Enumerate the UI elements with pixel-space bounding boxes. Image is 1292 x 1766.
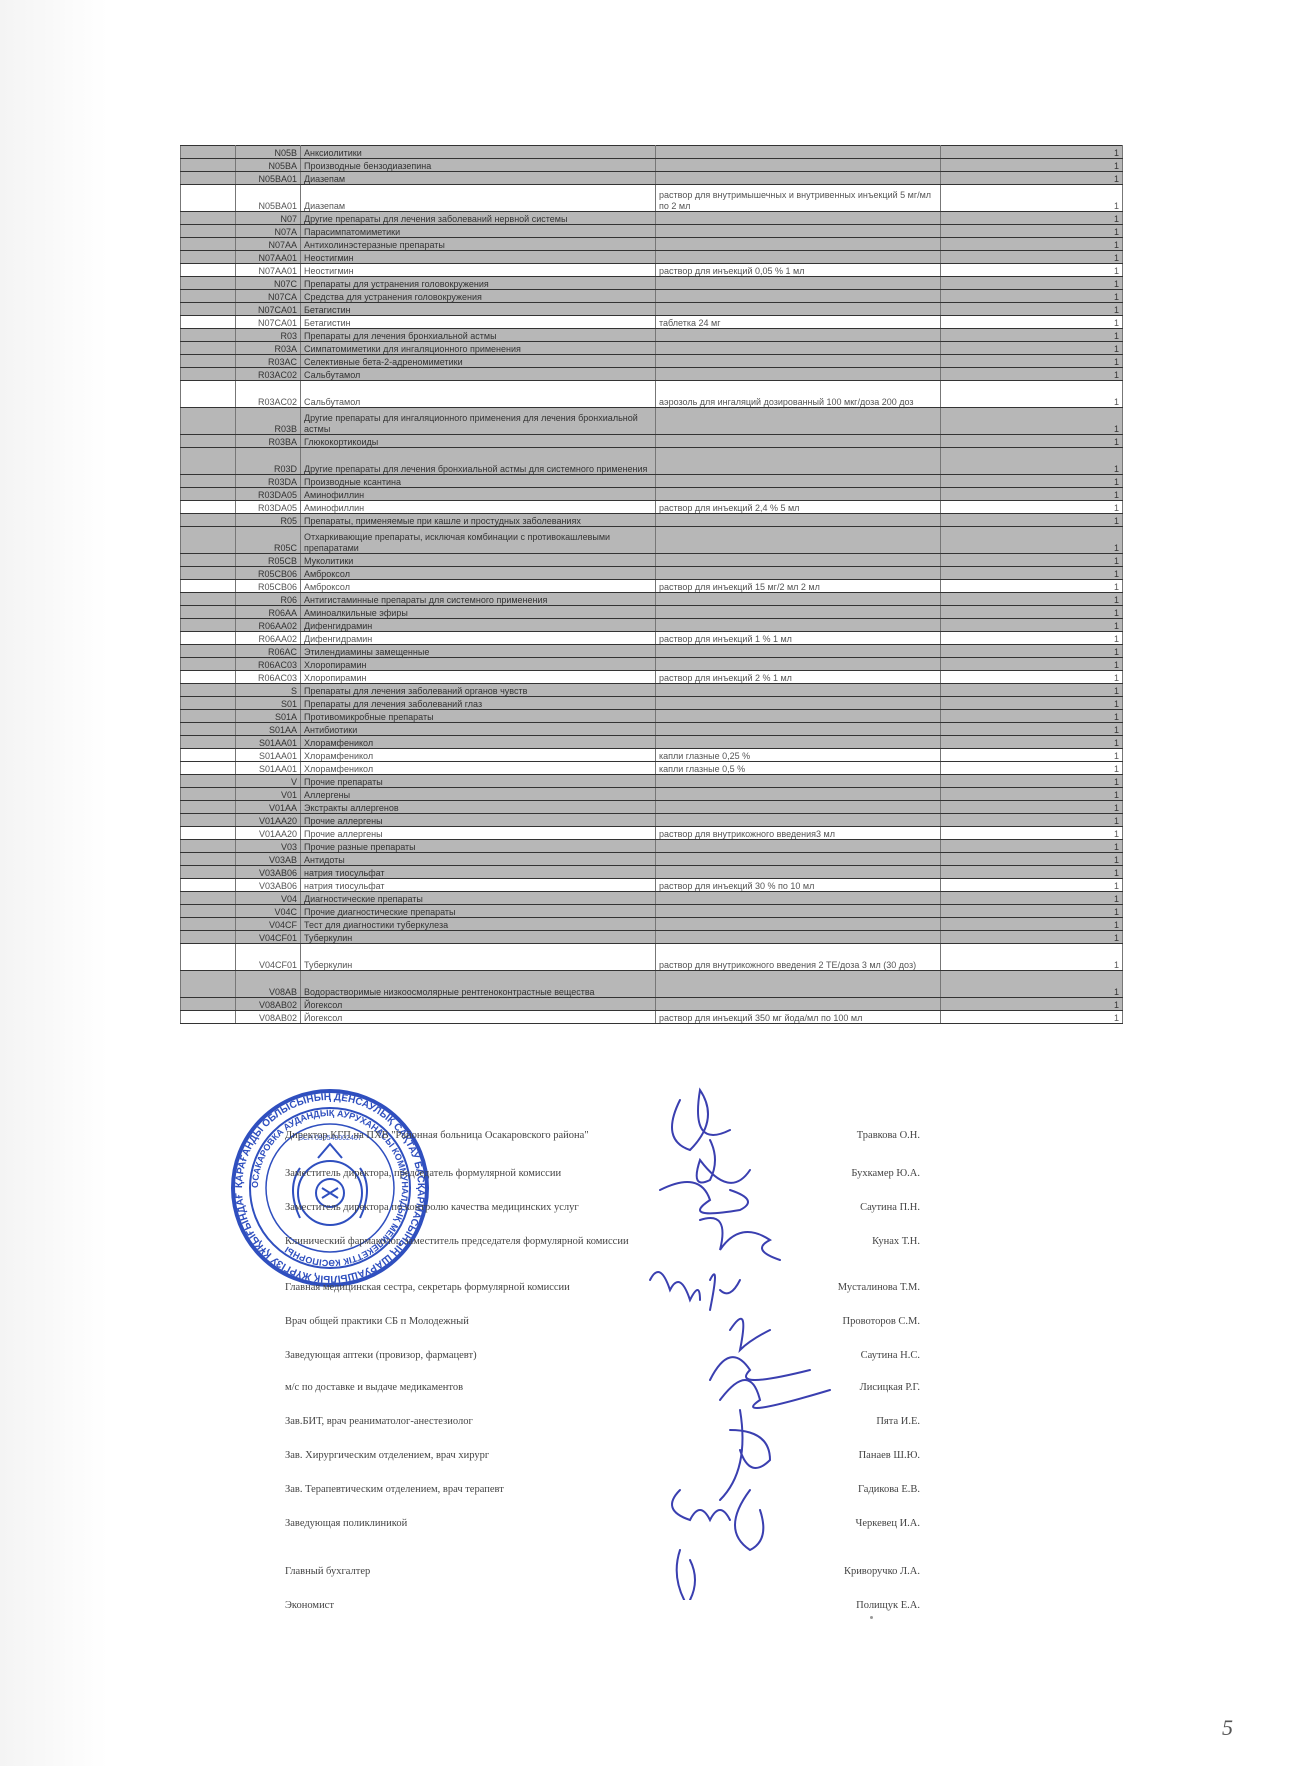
atc-code-cell: R06AA02 — [236, 619, 301, 632]
atc-code-cell: R03A — [236, 342, 301, 355]
row-blank-cell — [181, 697, 236, 710]
dosage-form-cell — [656, 567, 941, 580]
dosage-form-cell — [656, 645, 941, 658]
dosage-form-cell: раствор для внутрикожного введения 2 ТЕ/… — [656, 944, 941, 971]
signatory-position: Зав. Терапевтическим отделением, врач те… — [285, 1484, 504, 1495]
row-blank-cell — [181, 225, 236, 238]
signatory-name: Панаев Ш.Ю. — [859, 1450, 920, 1461]
table-row: N07AПарасимпатомиметики1 — [181, 225, 1123, 238]
drug-name-cell: Селективные бета-2-адреномиметики — [301, 355, 656, 368]
table-row: S01Препараты для лечения заболеваний гла… — [181, 697, 1123, 710]
table-row: N07CAСредства для устранения головокруже… — [181, 290, 1123, 303]
signatory-position: Врач общей практики СБ п Молодежный — [285, 1316, 469, 1327]
atc-code-cell: R06 — [236, 593, 301, 606]
dosage-form-cell — [656, 238, 941, 251]
drug-name-cell: Глюкокортикоиды — [301, 435, 656, 448]
dosage-form-cell — [656, 710, 941, 723]
dosage-form-cell: раствор для внутримышечных и внутривенны… — [656, 185, 941, 212]
drug-name-cell: Аллергены — [301, 788, 656, 801]
dosage-form-cell — [656, 593, 941, 606]
table-row: N07CПрепараты для устранения головокруже… — [181, 277, 1123, 290]
drug-name-cell: Антибиотики — [301, 723, 656, 736]
table-row: N05BАнксиолитики1 — [181, 146, 1123, 159]
row-blank-cell — [181, 342, 236, 355]
dosage-form-cell — [656, 225, 941, 238]
table-row: R05CBМуколитики1 — [181, 554, 1123, 567]
drug-name-cell: Хлоропирамин — [301, 658, 656, 671]
atc-code-cell: V01AA20 — [236, 814, 301, 827]
row-blank-cell — [181, 212, 236, 225]
atc-code-cell: N05BA01 — [236, 172, 301, 185]
signatory-position: Заведующая поликлиникой — [285, 1518, 407, 1529]
table-row: R03ACСелективные бета-2-адреномиметики1 — [181, 355, 1123, 368]
atc-code-cell: S — [236, 684, 301, 697]
row-blank-cell — [181, 159, 236, 172]
table-row: V08AB02Йогексол1 — [181, 998, 1123, 1011]
drug-name-cell: Дифенгидрамин — [301, 632, 656, 645]
quantity-cell: 1 — [941, 342, 1123, 355]
atc-code-cell: V08AB02 — [236, 998, 301, 1011]
atc-code-cell: V04CF01 — [236, 931, 301, 944]
quantity-cell: 1 — [941, 632, 1123, 645]
row-blank-cell — [181, 931, 236, 944]
drug-name-cell: Этилендиамины замещенные — [301, 645, 656, 658]
dosage-form-cell: таблетка 24 мг — [656, 316, 941, 329]
signatory-name: Бухкамер Ю.А. — [851, 1168, 920, 1179]
drug-name-cell: Неостигмин — [301, 264, 656, 277]
drug-name-cell: Препараты для лечения заболеваний органо… — [301, 684, 656, 697]
quantity-cell: 1 — [941, 931, 1123, 944]
drug-name-cell: натрия тиосульфат — [301, 866, 656, 879]
dosage-form-cell — [656, 905, 941, 918]
quantity-cell: 1 — [941, 697, 1123, 710]
table-row: R03DA05Аминофиллин1 — [181, 488, 1123, 501]
table-row: V04Диагностические препараты1 — [181, 892, 1123, 905]
dosage-form-cell — [656, 448, 941, 475]
table-row: R06AC03Хлоропирамин1 — [181, 658, 1123, 671]
drug-name-cell: Диазепам — [301, 172, 656, 185]
atc-code-cell: R06AC03 — [236, 671, 301, 684]
atc-code-cell: R05CB06 — [236, 580, 301, 593]
row-blank-cell — [181, 1011, 236, 1024]
drug-name-cell: Прочие аллергены — [301, 827, 656, 840]
atc-code-cell: R03BA — [236, 435, 301, 448]
signatory-position: Директор КГП на ПХВ "Районная больница О… — [285, 1130, 589, 1141]
quantity-cell: 1 — [941, 762, 1123, 775]
signatory-name: Черкевец И.А. — [856, 1518, 920, 1529]
quantity-cell: 1 — [941, 840, 1123, 853]
quantity-cell: 1 — [941, 368, 1123, 381]
row-blank-cell — [181, 736, 236, 749]
drug-table: N05BАнксиолитики1N05BAПроизводные бензод… — [180, 145, 1123, 1024]
atc-code-cell: R03D — [236, 448, 301, 475]
table-row: R03DA05Аминофиллинраствор для инъекций 2… — [181, 501, 1123, 514]
quantity-cell: 1 — [941, 619, 1123, 632]
dosage-form-cell — [656, 277, 941, 290]
row-blank-cell — [181, 944, 236, 971]
quantity-cell: 1 — [941, 435, 1123, 448]
atc-code-cell: N07 — [236, 212, 301, 225]
table-row: R03AСимпатомиметики для ингаляционного п… — [181, 342, 1123, 355]
quantity-cell: 1 — [941, 998, 1123, 1011]
dosage-form-cell — [656, 853, 941, 866]
atc-code-cell: N07AA — [236, 238, 301, 251]
atc-code-cell: R06AC03 — [236, 658, 301, 671]
dosage-form-cell — [656, 159, 941, 172]
signatory-name: Полищук Е.А. — [856, 1600, 920, 1611]
table-row: N07CA01Бетагистин1 — [181, 303, 1123, 316]
quantity-cell: 1 — [941, 645, 1123, 658]
row-blank-cell — [181, 645, 236, 658]
quantity-cell: 1 — [941, 879, 1123, 892]
atc-code-cell: N07CA — [236, 290, 301, 303]
table-row: V04CF01Туберкулинраствор для внутрикожно… — [181, 944, 1123, 971]
row-blank-cell — [181, 723, 236, 736]
atc-code-cell: R06AC — [236, 645, 301, 658]
drug-name-cell: Муколитики — [301, 554, 656, 567]
atc-code-cell: R05C — [236, 527, 301, 554]
dosage-form-cell — [656, 554, 941, 567]
row-blank-cell — [181, 853, 236, 866]
drug-name-cell: Анксиолитики — [301, 146, 656, 159]
dosage-form-cell — [656, 514, 941, 527]
drug-name-cell: Тест для диагностики туберкулеза — [301, 918, 656, 931]
row-blank-cell — [181, 316, 236, 329]
quantity-cell: 1 — [941, 238, 1123, 251]
drug-name-cell: Бетагистин — [301, 316, 656, 329]
dosage-form-cell — [656, 866, 941, 879]
drug-name-cell: Сальбутамол — [301, 368, 656, 381]
dosage-form-cell: раствор для инъекций 0,05 % 1 мл — [656, 264, 941, 277]
table-row: R03AC02Сальбутамол1 — [181, 368, 1123, 381]
dosage-form-cell: раствор для инъекций 350 мг йода/мл по 1… — [656, 1011, 941, 1024]
table-row: N05BA01Диазепам1 — [181, 172, 1123, 185]
row-blank-cell — [181, 185, 236, 212]
dosage-form-cell — [656, 658, 941, 671]
row-blank-cell — [181, 632, 236, 645]
row-blank-cell — [181, 775, 236, 788]
dosage-form-cell: капли глазные 0,5 % — [656, 762, 941, 775]
dosage-form-cell — [656, 251, 941, 264]
row-blank-cell — [181, 998, 236, 1011]
quantity-cell: 1 — [941, 853, 1123, 866]
quantity-cell: 1 — [941, 172, 1123, 185]
atc-code-cell: V01AA20 — [236, 827, 301, 840]
table-row: S01AA01Хлорамфениколкапли глазные 0,5 %1 — [181, 762, 1123, 775]
quantity-cell: 1 — [941, 814, 1123, 827]
quantity-cell: 1 — [941, 788, 1123, 801]
page-number: 5 — [1222, 1715, 1233, 1741]
quantity-cell: 1 — [941, 159, 1123, 172]
table-row: R06AA02Дифенгидрамин1 — [181, 619, 1123, 632]
table-row: V01Аллергены1 — [181, 788, 1123, 801]
atc-code-cell: S01 — [236, 697, 301, 710]
dosage-form-cell — [656, 971, 941, 998]
drug-name-cell: Туберкулин — [301, 944, 656, 971]
quantity-cell: 1 — [941, 329, 1123, 342]
drug-name-cell: Препараты для лечения бронхиальной астмы — [301, 329, 656, 342]
quantity-cell: 1 — [941, 892, 1123, 905]
dosage-form-cell — [656, 329, 941, 342]
drug-name-cell: Аминофиллин — [301, 488, 656, 501]
row-blank-cell — [181, 801, 236, 814]
scan-speck — [870, 1616, 873, 1619]
dosage-form-cell — [656, 801, 941, 814]
table-row: R03DAПроизводные ксантина1 — [181, 475, 1123, 488]
dosage-form-cell: раствор для инъекций 2,4 % 5 мл — [656, 501, 941, 514]
signatory-position: Главная медицинская сестра, секретарь фо… — [285, 1282, 570, 1293]
atc-code-cell: S01AA — [236, 723, 301, 736]
row-blank-cell — [181, 762, 236, 775]
quantity-cell: 1 — [941, 606, 1123, 619]
table-row: V03ABАнтидоты1 — [181, 853, 1123, 866]
row-blank-cell — [181, 567, 236, 580]
atc-code-cell: V08AB — [236, 971, 301, 998]
quantity-cell: 1 — [941, 185, 1123, 212]
atc-code-cell: S01AA01 — [236, 736, 301, 749]
dosage-form-cell — [656, 788, 941, 801]
drug-name-cell: Препараты для устранения головокружения — [301, 277, 656, 290]
table-row: V03AB06натрия тиосульфатраствор для инъе… — [181, 879, 1123, 892]
drug-name-cell: Другие препараты для ингаляционного прим… — [301, 408, 656, 435]
table-row: R06AA02Дифенгидраминраствор для инъекций… — [181, 632, 1123, 645]
row-blank-cell — [181, 788, 236, 801]
signatory-position: Экономист — [285, 1600, 334, 1611]
drug-name-cell: Дифенгидрамин — [301, 619, 656, 632]
atc-code-cell: V03AB — [236, 853, 301, 866]
atc-code-cell: R03AC02 — [236, 368, 301, 381]
table-row: V01AA20Прочие аллергеныраствор для внутр… — [181, 827, 1123, 840]
row-blank-cell — [181, 554, 236, 567]
table-row: R05Препараты, применяемые при кашле и пр… — [181, 514, 1123, 527]
atc-code-cell: V03 — [236, 840, 301, 853]
drug-name-cell: Хлоропирамин — [301, 671, 656, 684]
row-blank-cell — [181, 710, 236, 723]
quantity-cell: 1 — [941, 251, 1123, 264]
row-blank-cell — [181, 264, 236, 277]
signatory-position: Заведующая аптеки (провизор, фармацевт) — [285, 1350, 477, 1361]
dosage-form-cell — [656, 931, 941, 944]
row-blank-cell — [181, 971, 236, 998]
dosage-form-cell: аэрозоль для ингаляций дозированный 100 … — [656, 381, 941, 408]
drug-name-cell: Антидоты — [301, 853, 656, 866]
drug-name-cell: Диагностические препараты — [301, 892, 656, 905]
drug-name-cell: Диазепам — [301, 185, 656, 212]
atc-code-cell: R03DA — [236, 475, 301, 488]
dosage-form-cell: раствор для инъекций 15 мг/2 мл 2 мл — [656, 580, 941, 593]
quantity-cell: 1 — [941, 971, 1123, 998]
quantity-cell: 1 — [941, 501, 1123, 514]
signatory-position: Заместитель директора, председатель форм… — [285, 1168, 561, 1179]
quantity-cell: 1 — [941, 827, 1123, 840]
quantity-cell: 1 — [941, 290, 1123, 303]
drug-name-cell: Прочие диагностические препараты — [301, 905, 656, 918]
atc-code-cell: R06AA02 — [236, 632, 301, 645]
quantity-cell: 1 — [941, 723, 1123, 736]
dosage-form-cell — [656, 527, 941, 554]
signatory-name: Саутина П.Н. — [860, 1202, 920, 1213]
quantity-cell: 1 — [941, 225, 1123, 238]
signatory-position: Зав.БИТ, врач реаниматолог-анестезиолог — [285, 1416, 473, 1427]
dosage-form-cell — [656, 435, 941, 448]
atc-code-cell: V04 — [236, 892, 301, 905]
dosage-form-cell — [656, 684, 941, 697]
drug-name-cell: натрия тиосульфат — [301, 879, 656, 892]
quantity-cell: 1 — [941, 775, 1123, 788]
quantity-cell: 1 — [941, 736, 1123, 749]
table-row: V03AB06натрия тиосульфат1 — [181, 866, 1123, 879]
signatory-name: Лисицкая Р.Г. — [860, 1382, 920, 1393]
row-blank-cell — [181, 905, 236, 918]
row-blank-cell — [181, 408, 236, 435]
row-blank-cell — [181, 840, 236, 853]
table-row: S01AПротивомикробные препараты1 — [181, 710, 1123, 723]
atc-code-cell: N07CA01 — [236, 303, 301, 316]
quantity-cell: 1 — [941, 514, 1123, 527]
quantity-cell: 1 — [941, 554, 1123, 567]
drug-name-cell: Прочие разные препараты — [301, 840, 656, 853]
row-blank-cell — [181, 827, 236, 840]
quantity-cell: 1 — [941, 475, 1123, 488]
quantity-cell: 1 — [941, 212, 1123, 225]
drug-name-cell: Хлорамфеникол — [301, 762, 656, 775]
atc-code-cell: V01AA — [236, 801, 301, 814]
row-blank-cell — [181, 277, 236, 290]
table-row: V08ABВодорастворимые низкоосмолярные рен… — [181, 971, 1123, 998]
dosage-form-cell — [656, 619, 941, 632]
handwritten-signatures — [640, 1080, 860, 1600]
drug-name-cell: Другие препараты для лечения бронхиально… — [301, 448, 656, 475]
table-row: V04CFТест для диагностики туберкулеза1 — [181, 918, 1123, 931]
table-row: N07AA01Неостигминраствор для инъекций 0,… — [181, 264, 1123, 277]
quantity-cell: 1 — [941, 658, 1123, 671]
table-row: N07Другие препараты для лечения заболева… — [181, 212, 1123, 225]
quantity-cell: 1 — [941, 944, 1123, 971]
dosage-form-cell — [656, 146, 941, 159]
quantity-cell: 1 — [941, 303, 1123, 316]
table-row: S01AA01Хлорамфеникол1 — [181, 736, 1123, 749]
row-blank-cell — [181, 146, 236, 159]
drug-name-cell: Амброксол — [301, 580, 656, 593]
dosage-form-cell: капли глазные 0,25 % — [656, 749, 941, 762]
official-stamp: ҚАРАҒАНДЫ ОБЛЫСЫНЫҢ ДЕНСАУЛЫҚ САҚТАУ БАС… — [230, 1088, 430, 1288]
atc-code-cell: N07AA01 — [236, 251, 301, 264]
atc-code-cell: R03 — [236, 329, 301, 342]
row-blank-cell — [181, 381, 236, 408]
quantity-cell: 1 — [941, 355, 1123, 368]
table-row: R03BAГлюкокортикоиды1 — [181, 435, 1123, 448]
quantity-cell: 1 — [941, 593, 1123, 606]
drug-name-cell: Препараты, применяемые при кашле и прост… — [301, 514, 656, 527]
drug-name-cell: Хлорамфеникол — [301, 749, 656, 762]
drug-name-cell: Другие препараты для лечения заболеваний… — [301, 212, 656, 225]
atc-code-cell: V04CF — [236, 918, 301, 931]
quantity-cell: 1 — [941, 277, 1123, 290]
signatory-name: Пята И.Е. — [876, 1416, 920, 1427]
dosage-form-cell: раствор для инъекций 2 % 1 мл — [656, 671, 941, 684]
signatory-position: Заместитель директора по контролю качест… — [285, 1202, 579, 1213]
row-blank-cell — [181, 918, 236, 931]
drug-name-cell: Парасимпатомиметики — [301, 225, 656, 238]
quantity-cell: 1 — [941, 918, 1123, 931]
table-row: R03AC02Сальбутамолаэрозоль для ингаляций… — [181, 381, 1123, 408]
drug-name-cell: Хлорамфеникол — [301, 736, 656, 749]
table-row: V03Прочие разные препараты1 — [181, 840, 1123, 853]
row-blank-cell — [181, 172, 236, 185]
atc-code-cell: N07CA01 — [236, 316, 301, 329]
table-row: R06AC03Хлоропираминраствор для инъекций … — [181, 671, 1123, 684]
scan-edge — [0, 0, 108, 1766]
table-row: R05CОтхаркивающие препараты, исключая ко… — [181, 527, 1123, 554]
atc-code-cell: S01AA01 — [236, 749, 301, 762]
atc-code-cell: R06AA — [236, 606, 301, 619]
table-row: SПрепараты для лечения заболеваний орган… — [181, 684, 1123, 697]
table-row: N05BAПроизводные бензодиазепина1 — [181, 159, 1123, 172]
atc-code-cell: V04C — [236, 905, 301, 918]
quantity-cell: 1 — [941, 408, 1123, 435]
signatory-name: Кунах Т.Н. — [872, 1236, 920, 1247]
signatory-position: Клинический фармаколог, заместитель пред… — [285, 1236, 629, 1247]
dosage-form-cell — [656, 408, 941, 435]
table-row: V01AA20Прочие аллергены1 — [181, 814, 1123, 827]
drug-name-cell: Прочие аллергены — [301, 814, 656, 827]
quantity-cell: 1 — [941, 684, 1123, 697]
dosage-form-cell — [656, 775, 941, 788]
row-blank-cell — [181, 501, 236, 514]
row-blank-cell — [181, 671, 236, 684]
atc-code-cell: V03AB06 — [236, 879, 301, 892]
row-blank-cell — [181, 238, 236, 251]
row-blank-cell — [181, 290, 236, 303]
table-row: R06AAАминоалкильные эфиры1 — [181, 606, 1123, 619]
row-blank-cell — [181, 593, 236, 606]
drug-name-cell: Производные бензодиазепина — [301, 159, 656, 172]
row-blank-cell — [181, 892, 236, 905]
signatory-name: Травкова О.Н. — [857, 1130, 920, 1141]
row-blank-cell — [181, 879, 236, 892]
drug-name-cell: Туберкулин — [301, 931, 656, 944]
quantity-cell: 1 — [941, 488, 1123, 501]
dosage-form-cell — [656, 212, 941, 225]
atc-code-cell: V08AB02 — [236, 1011, 301, 1024]
row-blank-cell — [181, 749, 236, 762]
signatory-position: Главный бухгалтер — [285, 1566, 370, 1577]
drug-name-cell: Бетагистин — [301, 303, 656, 316]
dosage-form-cell — [656, 355, 941, 368]
row-blank-cell — [181, 684, 236, 697]
drug-name-cell: Противомикробные препараты — [301, 710, 656, 723]
table-row: N07AA01Неостигмин1 — [181, 251, 1123, 264]
signatory-name: Гадикова Е.В. — [858, 1484, 920, 1495]
atc-code-cell: N05BA01 — [236, 185, 301, 212]
atc-code-cell: V03AB06 — [236, 866, 301, 879]
atc-code-cell: R05CB — [236, 554, 301, 567]
drug-name-cell: Водорастворимые низкоосмолярные рентгено… — [301, 971, 656, 998]
dosage-form-cell: раствор для инъекций 30 % по 10 мл — [656, 879, 941, 892]
dosage-form-cell: раствор для инъекций 1 % 1 мл — [656, 632, 941, 645]
drug-list-table: N05BАнксиолитики1N05BAПроизводные бензод… — [180, 145, 1100, 1024]
drug-name-cell: Неостигмин — [301, 251, 656, 264]
quantity-cell: 1 — [941, 381, 1123, 408]
drug-name-cell: Йогексол — [301, 998, 656, 1011]
quantity-cell: 1 — [941, 801, 1123, 814]
atc-code-cell: R05CB06 — [236, 567, 301, 580]
quantity-cell: 1 — [941, 671, 1123, 684]
atc-code-cell: R03B — [236, 408, 301, 435]
row-blank-cell — [181, 435, 236, 448]
drug-name-cell: Прочие препараты — [301, 775, 656, 788]
row-blank-cell — [181, 488, 236, 501]
